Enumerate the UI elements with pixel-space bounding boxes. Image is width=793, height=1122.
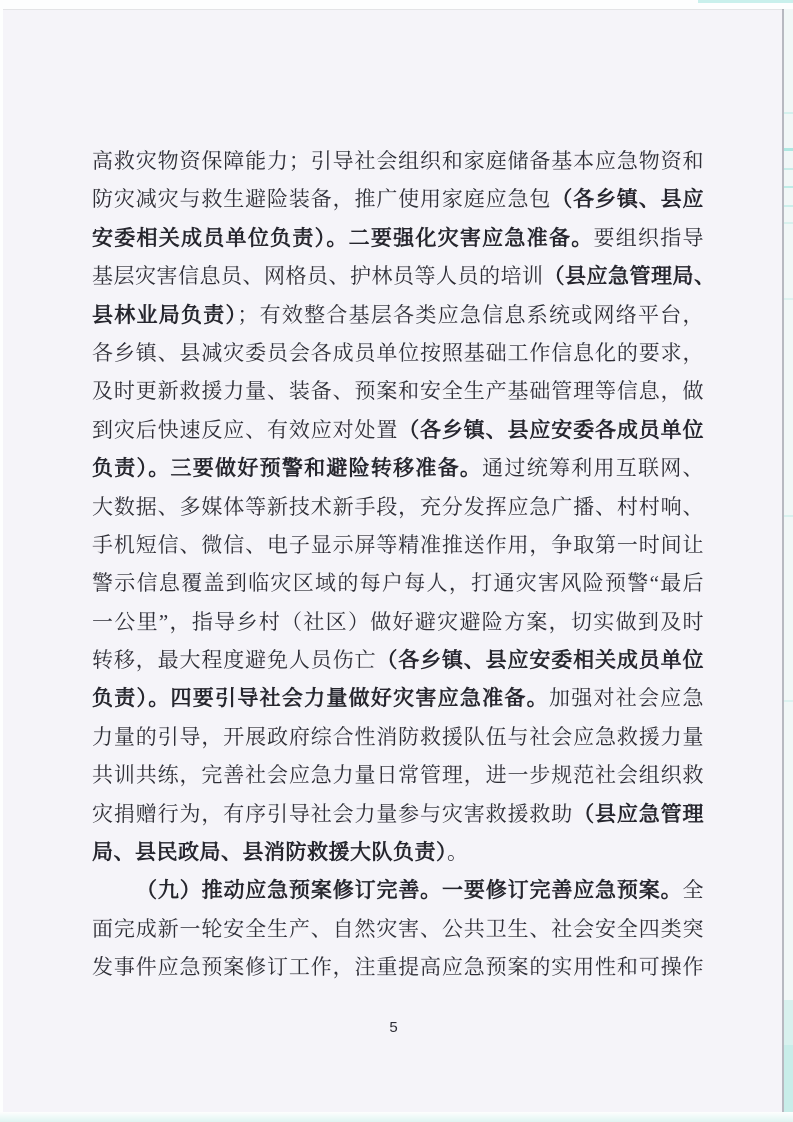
text-line: 大数据、多媒体等新技术新手段，充分发挥应急广播、村村响、: [92, 488, 704, 526]
text-run: 转移，最大程度避免人员伤亡: [92, 648, 376, 672]
scan-top-right-tint: [698, 0, 793, 3]
scan-streak: [784, 1000, 793, 1045]
bold-text-run: 安委相关成员单位负责）。二要强化灾害应急准备。: [92, 226, 593, 250]
text-line: 到灾后快速反应、有效应对处置（各乡镇、县应安委各成员单位: [92, 411, 704, 449]
bold-text-run: 负责）。三要做好预警和避险转移准备。: [92, 456, 482, 480]
text-line: 基层灾害信息员、网格员、护林员等人员的培训（县应急管理局、: [92, 257, 704, 295]
text-line: 警示信息覆盖到临灾区域的每户每人，打通灾害风险预警“最后: [92, 564, 704, 602]
scan-bottom-edge: [0, 1112, 793, 1122]
text-line: 县林业局负责）；有效整合基层各类应急信息系统或网络平台，: [92, 296, 704, 334]
text-run: 手机短信、微信、电子显示屏等精准推送作用，争取第一时间让: [92, 533, 704, 557]
text-line: 负责）。三要做好预警和避险转移准备。通过统筹利用互联网、: [92, 449, 704, 487]
text-run: 高救灾物资保障能力；引导社会组织和家庭储备基本应急物资和: [92, 149, 704, 173]
text-line: 灾捐赠行为，有序引导社会力量参与灾害救援救助（县应急管理: [92, 795, 704, 833]
text-run: 力量的引导，开展政府综合性消防救援队伍与社会应急救援力量: [92, 725, 704, 749]
text-line: 防灾减灾与救生避险装备，推广使用家庭应急包（各乡镇、县应: [92, 180, 704, 218]
text-run: 通过统筹利用互联网、: [482, 456, 704, 480]
text-run: 共训共练，完善社会应急力量日常管理，进一步规范社会组织救: [92, 763, 704, 787]
bold-text-run: 负责）。四要引导社会力量做好灾害应急准备。: [92, 686, 549, 710]
bold-text-run: （九）推动应急预案修订完善。一要修订完善应急预案。: [136, 878, 683, 902]
bold-text-run: （县应急管理局、: [544, 264, 716, 288]
text-line: 局、县民政局、县消防救援大队负责）。: [92, 833, 704, 871]
scan-streak: [784, 700, 793, 702]
text-run: 发事件应急预案修订工作，注重提高应急预案的实用性和可操作: [92, 955, 704, 979]
text-run: 防灾减灾与救生避险装备，推广使用家庭应急包: [92, 187, 551, 211]
text-line: 一公里”，指导乡村（社区）做好避灾避险方案，切实做到及时: [92, 603, 704, 641]
bold-text-run: （各乡镇、县应安委相关成员单位: [376, 648, 704, 672]
scan-top-edge: [0, 0, 793, 10]
text-line: 力量的引导，开展政府综合性消防救援队伍与社会应急救援力量: [92, 718, 704, 756]
scan-streak: [784, 222, 793, 224]
page-number: 5: [0, 1019, 787, 1036]
text-line: 高救灾物资保障能力；引导社会组织和家庭储备基本应急物资和: [92, 142, 704, 180]
text-run: 。: [447, 840, 469, 864]
scan-streak: [784, 1045, 793, 1113]
bold-text-run: （县应急管理: [573, 802, 704, 826]
text-run: 全: [683, 878, 705, 902]
text-run: 灾捐赠行为，有序引导社会力量参与灾害救援救助: [92, 802, 573, 826]
scan-streak: [784, 168, 793, 170]
text-run: 面完成新一轮安全生产、自然灾害、公共卫生、社会安全四类突: [92, 917, 704, 941]
text-run: 加强对社会应急: [549, 686, 704, 710]
bold-text-run: 县林业局负责）: [92, 303, 237, 327]
scanned-document-page: 高救灾物资保障能力；引导社会组织和家庭储备基本应急物资和防灾减灾与救生避险装备，…: [0, 0, 793, 1122]
text-line: 安委相关成员单位负责）。二要强化灾害应急准备。要组织指导: [92, 219, 704, 257]
scan-streak: [784, 112, 793, 114]
text-line: 转移，最大程度避免人员伤亡（各乡镇、县应安委相关成员单位: [92, 641, 704, 679]
text-run: ；有效整合基层各类应急信息系统或网络平台，: [237, 303, 704, 327]
text-line: 面完成新一轮安全生产、自然灾害、公共卫生、社会安全四类突: [92, 910, 704, 948]
scan-streak: [784, 515, 793, 517]
text-run: 到灾后快速反应、有效应对处置: [92, 418, 398, 442]
text-run: 要组织指导: [593, 226, 704, 250]
text-line: 及时更新救援力量、装备、预案和安全生产基础管理等信息，做: [92, 372, 704, 410]
text-line: （九）推动应急预案修订完善。一要修订完善应急预案。全: [92, 871, 704, 909]
scan-left-edge: [0, 0, 3, 1122]
text-line: 发事件应急预案修订工作，注重提高应急预案的实用性和可操作: [92, 948, 704, 986]
text-line: 负责）。四要引导社会力量做好灾害应急准备。加强对社会应急: [92, 679, 704, 717]
scan-streak: [784, 298, 793, 300]
bold-text-run: （各乡镇、县应安委各成员单位: [398, 418, 704, 442]
scan-right-edge: [784, 9, 793, 1122]
text-run: 基层灾害信息员、网格员、护林员等人员的培训: [92, 264, 544, 288]
text-run: 大数据、多媒体等新技术新手段，充分发挥应急广播、村村响、: [92, 495, 704, 519]
text-run: 及时更新救援力量、装备、预案和安全生产基础管理等信息，做: [92, 379, 704, 403]
text-run: 各乡镇、县减灾委员会各成员单位按照基础工作信息化的要求，: [92, 341, 704, 365]
scan-streak: [784, 148, 793, 151]
bold-text-run: （各乡镇、县应: [551, 187, 704, 211]
text-line: 手机短信、微信、电子显示屏等精准推送作用，争取第一时间让: [92, 526, 704, 564]
text-run: 警示信息覆盖到临灾区域的每户每人，打通灾害风险预警“最后: [92, 571, 704, 595]
document-body-text: 高救灾物资保障能力；引导社会组织和家庭储备基本应急物资和防灾减灾与救生避险装备，…: [92, 142, 704, 987]
text-line: 共训共练，完善社会应急力量日常管理，进一步规范社会组织救: [92, 756, 704, 794]
scan-streak: [784, 205, 793, 207]
text-line: 各乡镇、县减灾委员会各成员单位按照基础工作信息化的要求，: [92, 334, 704, 372]
text-run: 一公里”，指导乡村（社区）做好避灾避险方案，切实做到及时: [92, 610, 704, 634]
bold-text-run: 局、县民政局、县消防救援大队负责）: [92, 840, 447, 864]
scan-streak: [784, 186, 793, 188]
